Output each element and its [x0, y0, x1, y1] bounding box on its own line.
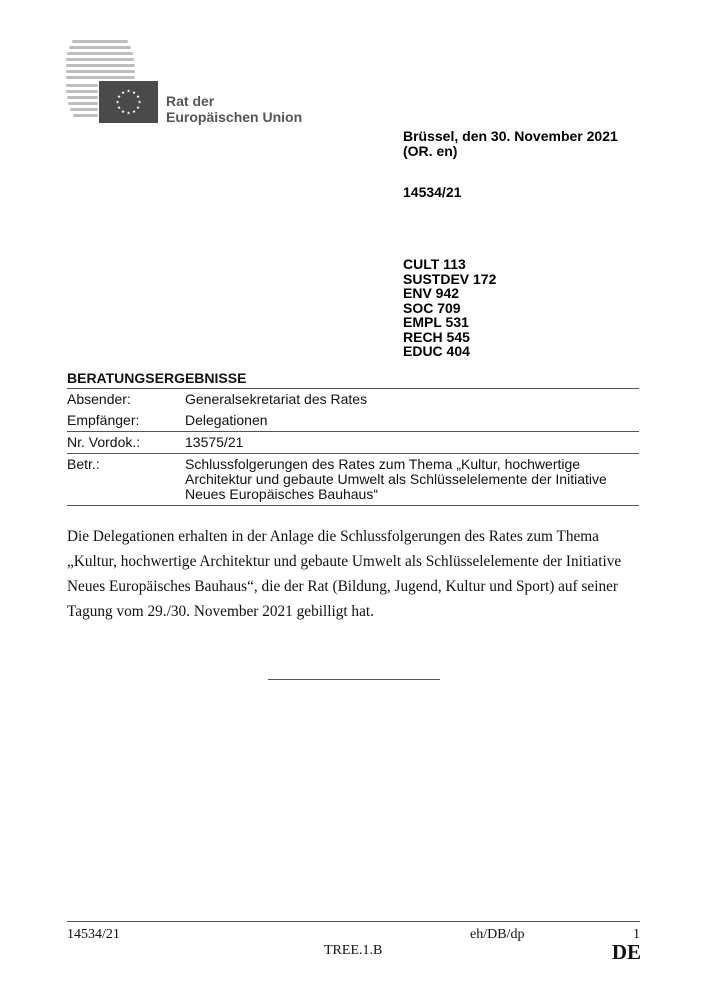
row-label: Nr. Vordok.:: [67, 435, 185, 450]
subject-code: CULT 113: [403, 257, 496, 272]
table-row: Betr.:Schlussfolgerungen des Rates zum T…: [67, 454, 639, 506]
org-name-line1: Rat der: [166, 93, 302, 109]
svg-text:★: ★: [115, 100, 120, 105]
subject-code: ENV 942: [403, 286, 496, 301]
svg-text:★: ★: [137, 100, 142, 105]
section-divider: [268, 679, 440, 680]
org-name-line2: Europäischen Union: [166, 109, 302, 125]
date-block: Brüssel, den 30. November 2021 (OR. en): [403, 129, 618, 158]
footer-department: TREE.1.B: [324, 943, 382, 959]
row-value: 13575/21: [185, 435, 639, 450]
row-value: Schlussfolgerungen des Rates zum Thema „…: [185, 457, 639, 502]
footer-divider: [67, 921, 640, 922]
table-row: Absender:Generalsekretariat des Rates: [67, 389, 639, 410]
language-code: DE: [600, 940, 641, 964]
results-title: BERATUNGSERGEBNISSE: [67, 370, 639, 387]
results-table: BERATUNGSERGEBNISSE Absender:Generalsekr…: [67, 370, 639, 506]
svg-text:★: ★: [126, 111, 131, 116]
footer-initials: eh/DB/dp: [470, 927, 524, 943]
row-value: Generalsekretariat des Rates: [185, 392, 639, 407]
eu-flag-icon: ★★★★★★★★★★★★: [99, 81, 158, 123]
subject-code: RECH 545: [403, 330, 496, 345]
interinstitutional-codes: CULT 113SUSTDEV 172ENV 942SOC 709EMPL 53…: [403, 257, 496, 359]
svg-text:★: ★: [121, 109, 126, 114]
svg-text:★: ★: [121, 90, 126, 95]
organization-name: Rat der Europäischen Union: [166, 93, 302, 125]
subject-code: EDUC 404: [403, 344, 496, 359]
footer-doc-number: 14534/21: [67, 927, 120, 943]
body-paragraph: Die Delegationen erhalten in der Anlage …: [67, 524, 642, 624]
subject-code: EMPL 531: [403, 315, 496, 330]
original-language: (OR. en): [403, 144, 618, 159]
document-date: Brüssel, den 30. November 2021: [403, 129, 618, 144]
svg-text:★: ★: [136, 105, 141, 110]
table-row: Nr. Vordok.:13575/21: [67, 432, 639, 454]
council-logo: ★★★★★★★★★★★★ Rat der Europäischen Union: [66, 38, 306, 124]
row-value: Delegationen: [185, 413, 639, 428]
document-number: 14534/21: [403, 185, 461, 200]
row-label: Empfänger:: [67, 413, 185, 428]
subject-code: SUSTDEV 172: [403, 272, 496, 287]
table-row: Empfänger:Delegationen: [67, 410, 639, 432]
row-label: Absender:: [67, 392, 185, 407]
row-label: Betr.:: [67, 457, 185, 502]
svg-text:★: ★: [126, 89, 131, 94]
svg-text:★: ★: [136, 94, 141, 99]
subject-code: SOC 709: [403, 301, 496, 316]
results-rows: Absender:Generalsekretariat des RatesEmp…: [67, 388, 639, 506]
